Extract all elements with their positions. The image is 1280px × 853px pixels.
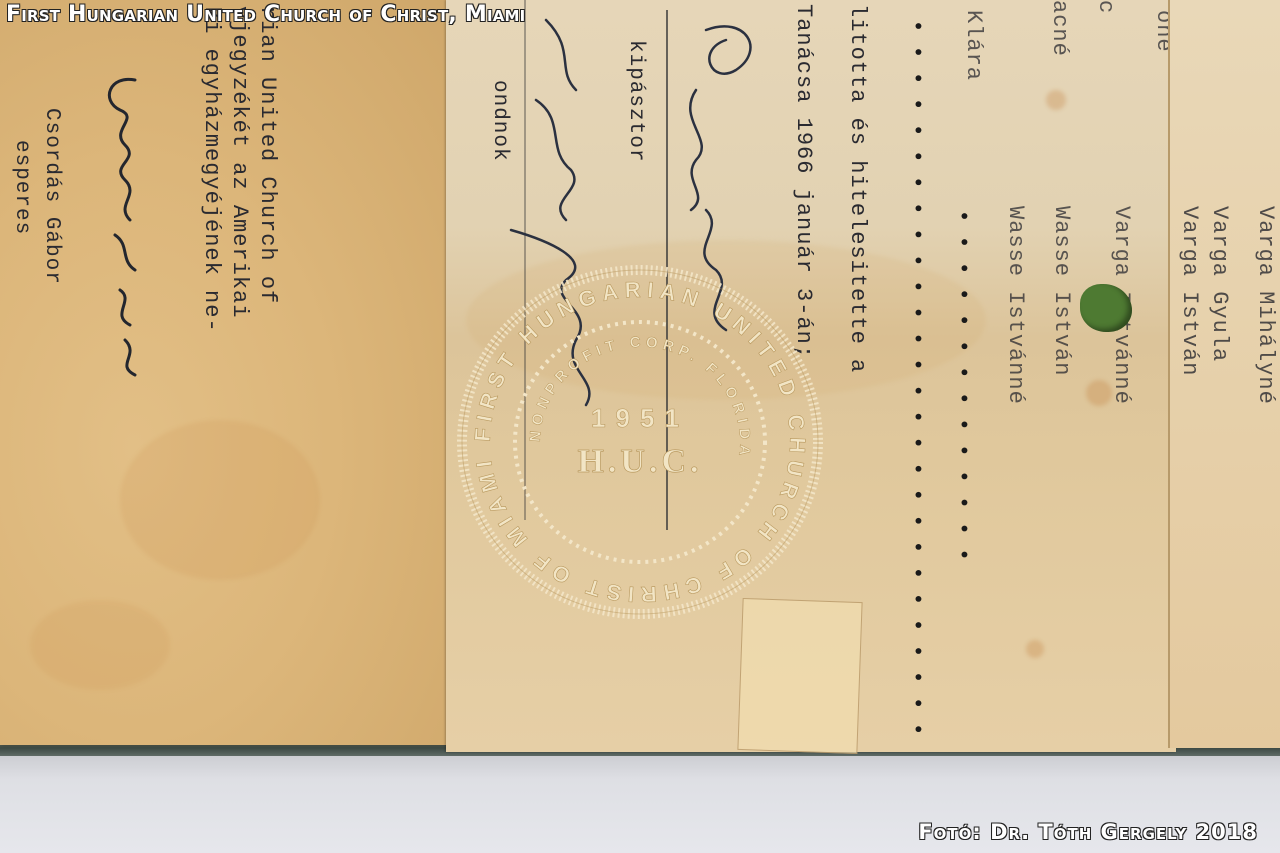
name-varga-mihalyne: Varga Mihályné — [1252, 206, 1278, 405]
name-wasse-istvan: Wasse István — [1048, 206, 1074, 376]
signatory-title: esperes — [8, 140, 34, 235]
typed-line-certified: litotta és hitelesitette a — [844, 4, 870, 373]
dot-leader-2: •••••••••••••• — [952, 210, 976, 575]
typed-line-1: rian United Church of — [254, 6, 280, 304]
right-page: Varga István Varga Gyula Varga Mihályné — [1168, 0, 1280, 748]
dot-leader-1: •••••••••••••••••••••••••••••• — [906, 20, 930, 752]
left-page: rian United Church of vjegyzékét az Amer… — [0, 0, 446, 745]
photo-credit-caption: Fotó: Dr. Tóth Gergely 2018 — [918, 820, 1258, 844]
signature-csordas — [80, 70, 160, 380]
document-photo: rian United Church of vjegyzékét az Amer… — [0, 0, 1280, 853]
signatory-name: Csordás Gábor — [38, 108, 64, 285]
embossed-seal: FIRST HUNGARIAN UNITED CHURCH OF CHRIST … — [455, 262, 825, 622]
name-wasse-istvanne: Wasse Istvánné — [1002, 206, 1028, 405]
name-fragment-klara: Klára — [960, 10, 986, 81]
name-fragment-acne: acné — [1046, 0, 1072, 57]
typed-line-2: vjegyzékét az Amerikai — [226, 6, 252, 318]
typed-line-3: ki egyházmegyéjének ne- — [198, 6, 224, 333]
photo-title-caption: First Hungarian United Church of Christ,… — [6, 2, 525, 27]
svg-text:H.U.C.: H.U.C. — [577, 443, 702, 480]
name-fragment-c: c — [1092, 0, 1118, 14]
name-varga-gyula: Varga Gyula — [1206, 206, 1232, 362]
adhesive-tape-strip — [737, 598, 862, 754]
svg-text:1951: 1951 — [591, 403, 689, 433]
name-varga-istvan: Varga István — [1176, 206, 1202, 376]
